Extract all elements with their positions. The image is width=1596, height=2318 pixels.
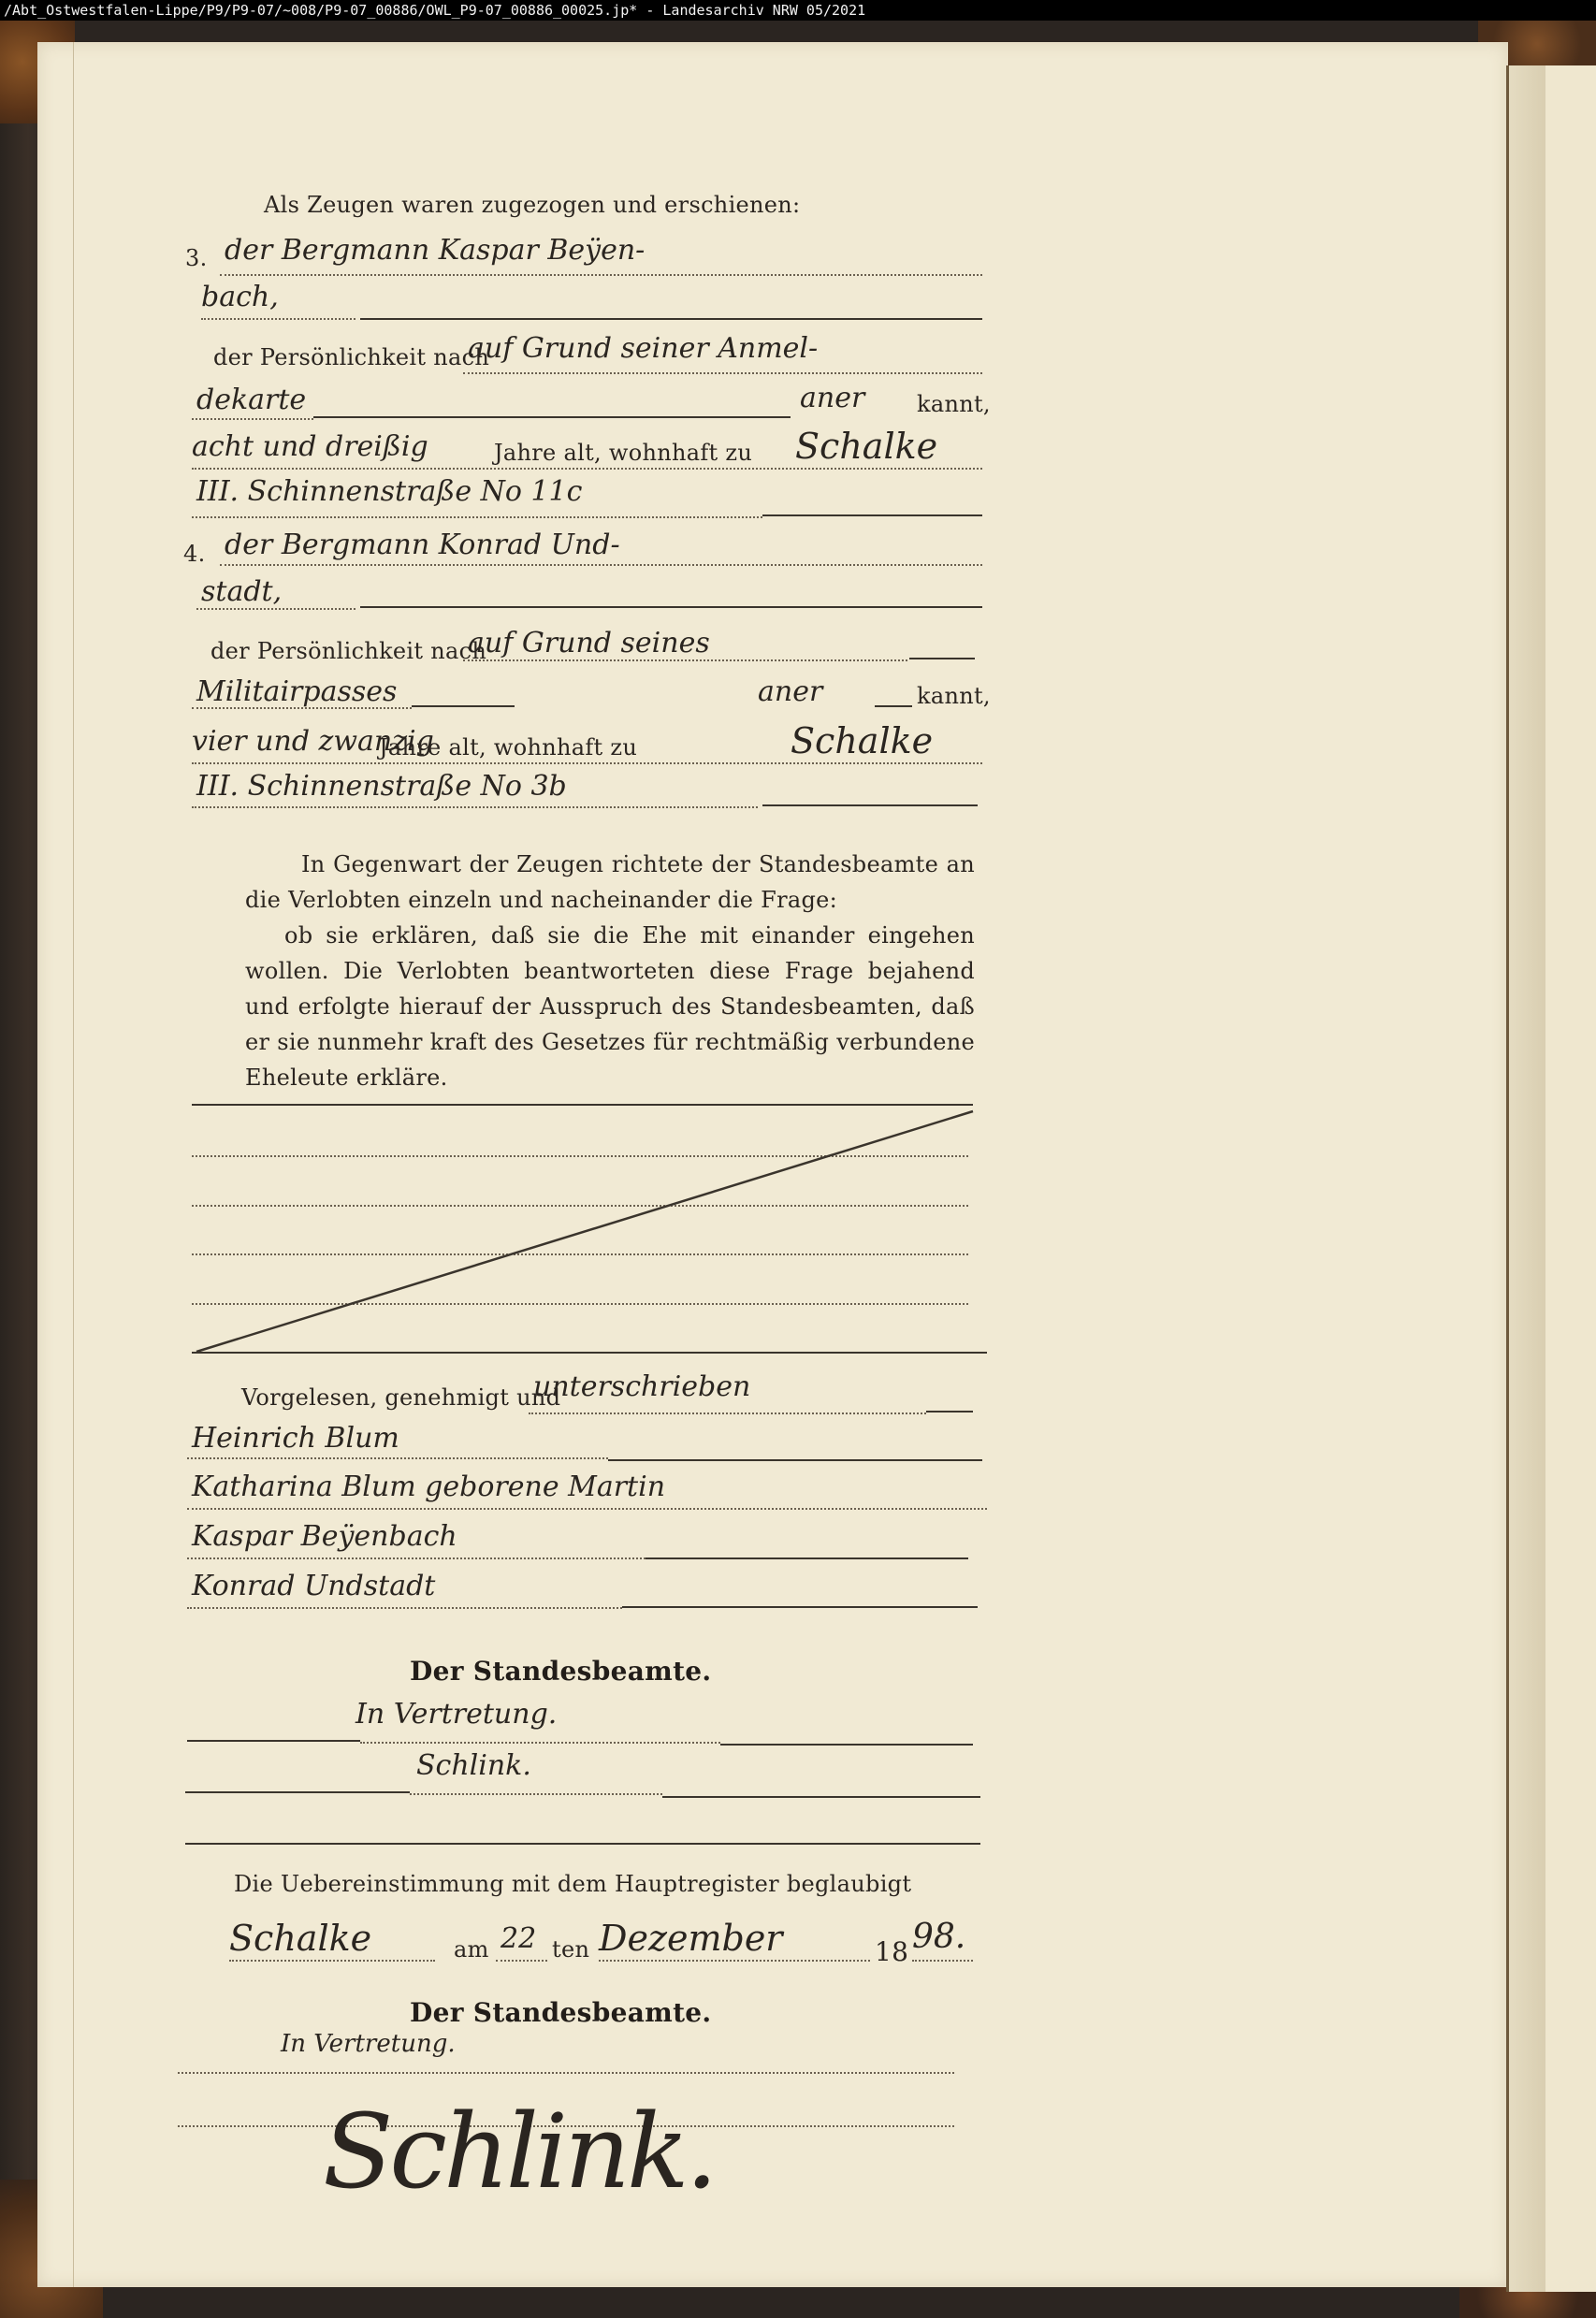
cert-month: Dezember [599,1918,782,1959]
dotted-line [187,1508,987,1510]
fill-rule [646,1557,968,1559]
fill-rule [662,1796,980,1798]
dotted-line [187,1607,622,1609]
registrar-line1: In Vertretung. [355,1698,557,1731]
registrar-line2: Schlink. [416,1749,531,1782]
signature-2: Katharina Blum geborene Martin [192,1470,665,1503]
registrar2-signature: Schlink. [323,2100,715,2203]
cert-place: Schalke [229,1918,371,1959]
cert-year-prefix: 18 [875,1936,908,1967]
read-label: Vorgelesen, genehmigt und [241,1384,560,1411]
cert-day: 22 [501,1922,536,1955]
fill-rule [185,1791,410,1793]
signature-3: Kaspar Beÿenbach [192,1520,457,1553]
dotted-line [360,1742,720,1744]
dotted-line [229,1960,435,1962]
fill-rule [622,1606,978,1608]
fill-rule [608,1459,982,1461]
signature-4: Konrad Undstadt [192,1570,435,1602]
certification-text: Die Uebereinstimmung mit dem Hauptregist… [234,1871,911,1897]
fill-rule [926,1411,973,1413]
fill-rule [720,1744,973,1746]
cert-year-suffix: 98. [912,1918,965,1956]
registrar-heading: Der Standesbeamte. [410,1656,711,1687]
registrar2-line1: In Vertretung. [281,2030,456,2058]
registrar2-heading: Der Standesbeamte. [410,1997,711,2028]
dotted-line [599,1960,870,1962]
dotted-line [912,1960,973,1962]
dotted-line [410,1793,662,1795]
fill-rule [187,1740,360,1742]
fill-rule [185,1843,980,1845]
dotted-line [187,1457,608,1459]
cancel-diagonal-stroke [0,0,1596,2318]
read-value: unterschrieben [533,1370,750,1403]
cert-am-label: am [454,1936,489,1963]
dotted-line [496,1960,547,1962]
signature-1: Heinrich Blum [192,1422,399,1455]
dotted-line [178,2072,954,2074]
dotted-line [187,1557,646,1559]
dotted-line [529,1413,926,1414]
cert-ten-label: ten [552,1936,589,1963]
